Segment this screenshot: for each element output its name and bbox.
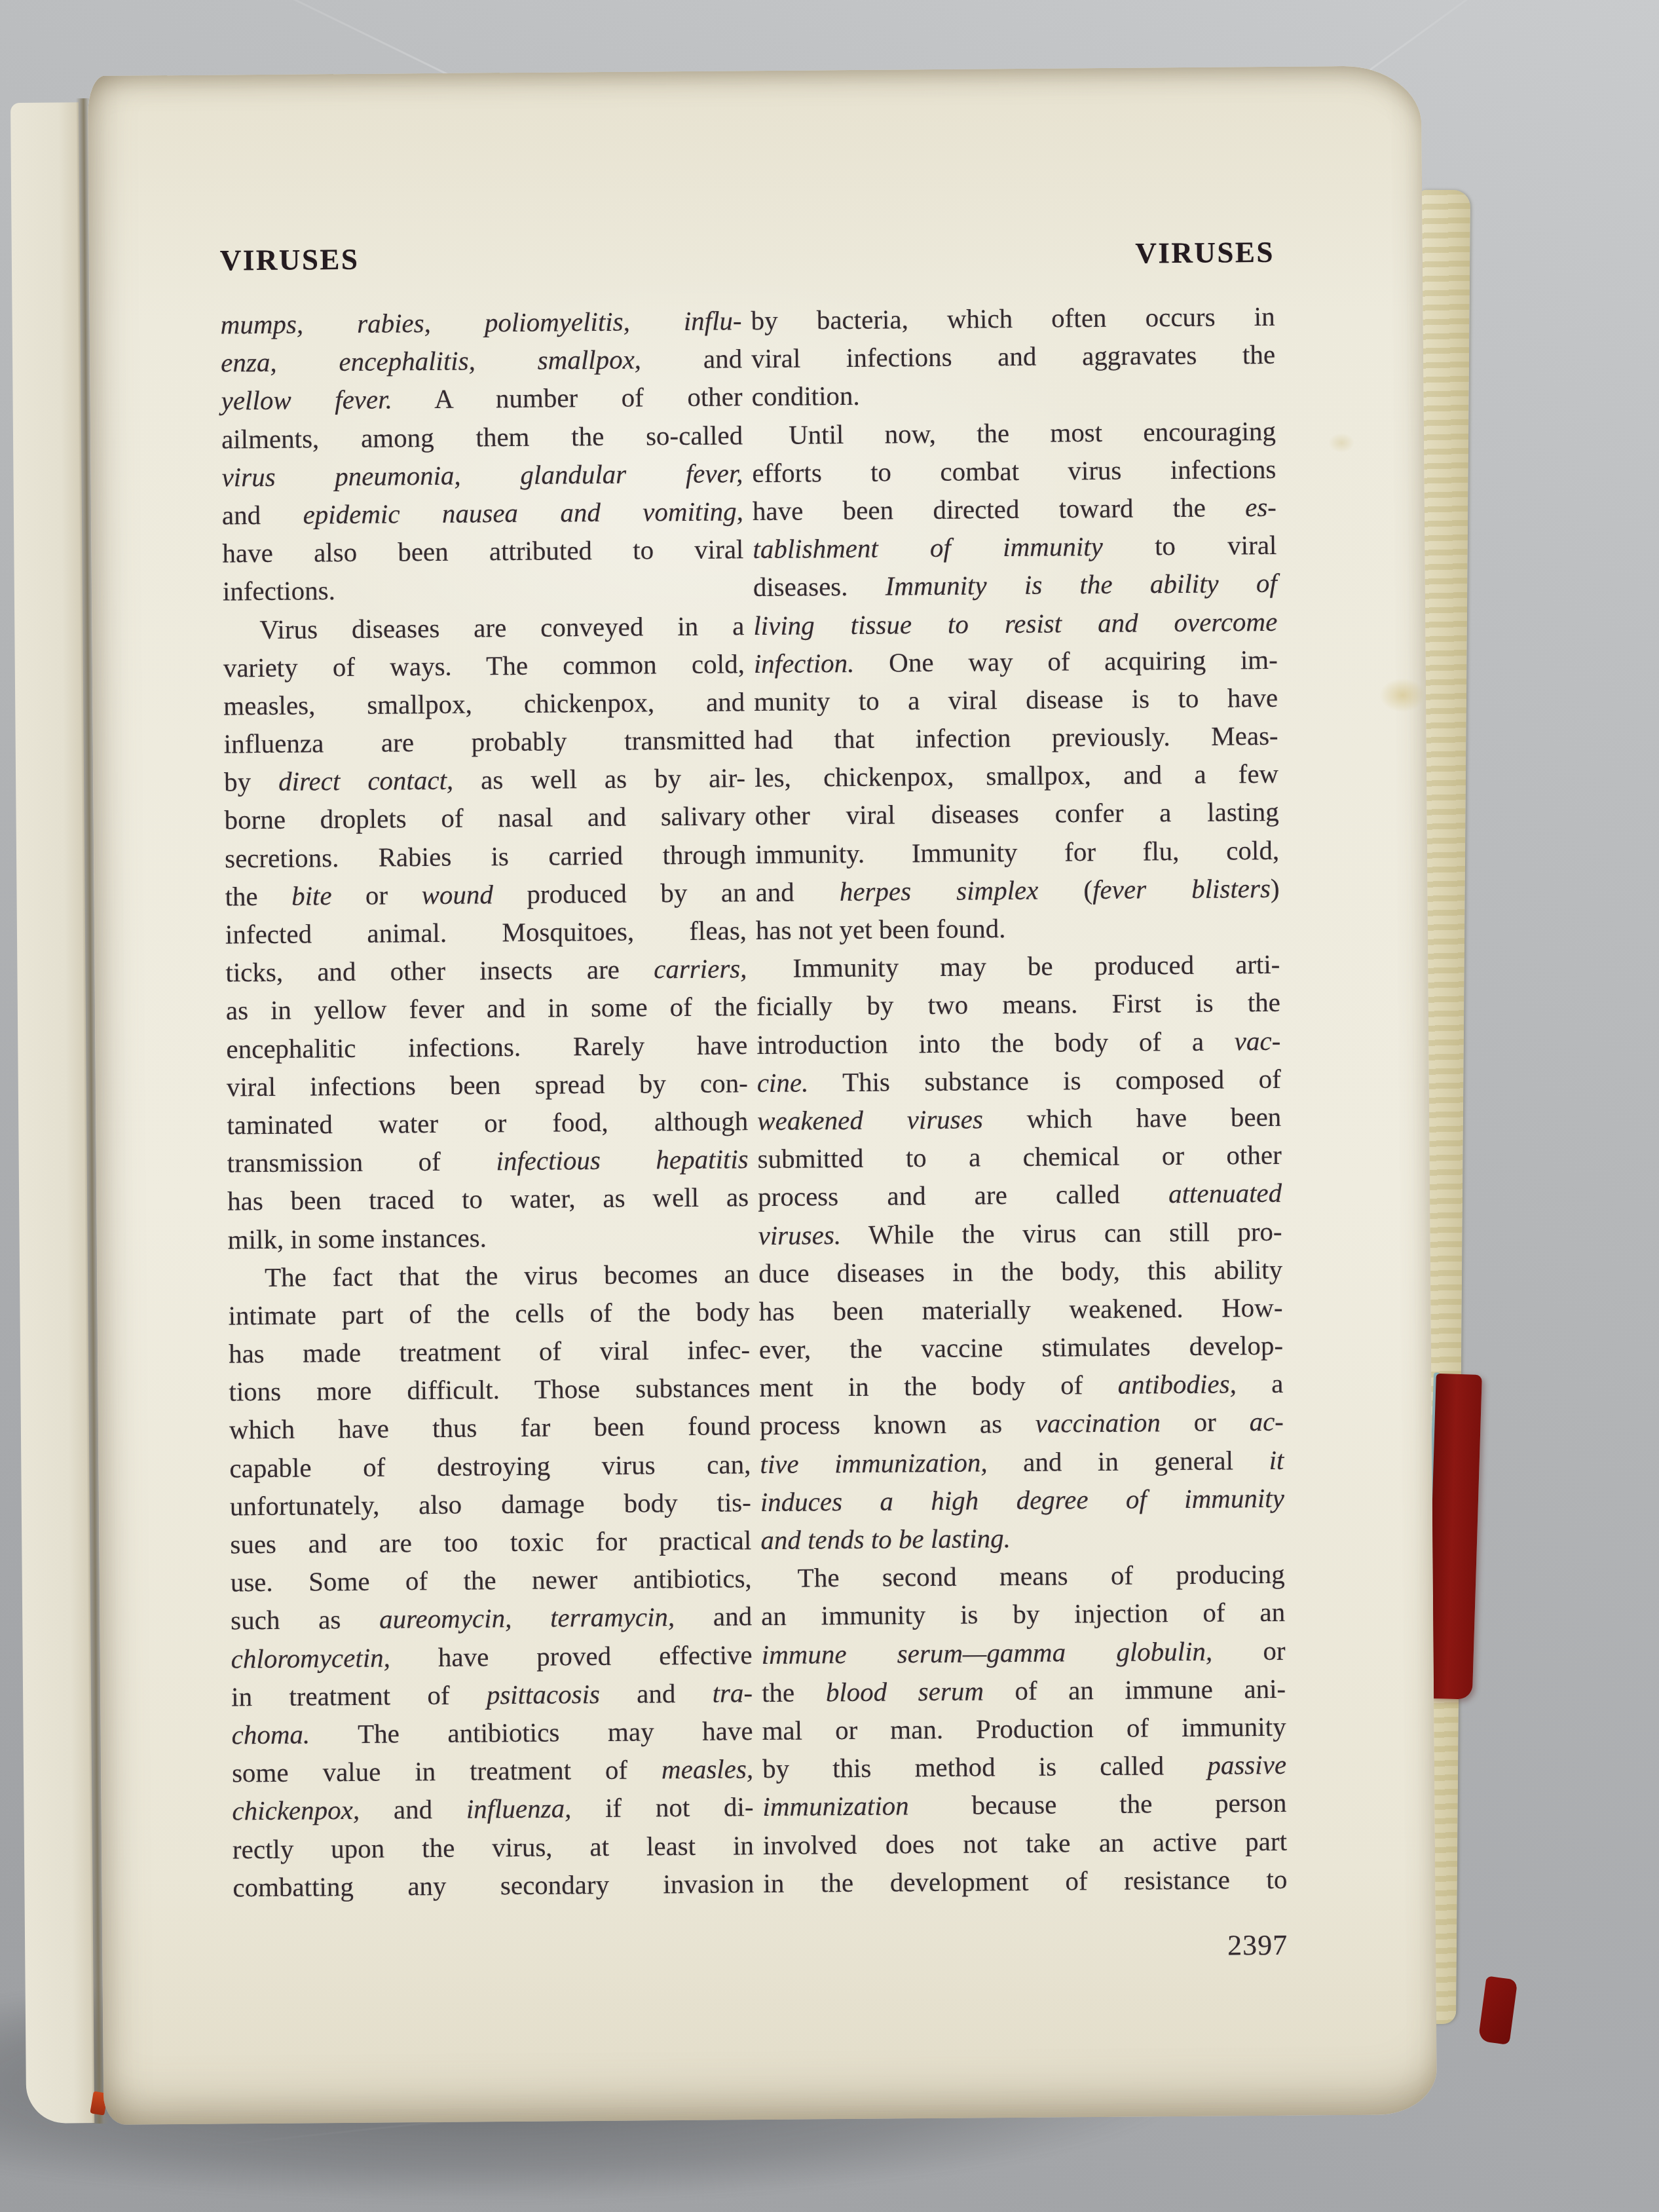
- roman-text: rectly upon the virus, at least in: [233, 1830, 754, 1864]
- roman-text: viral infections and aggravates the: [751, 339, 1275, 373]
- text-line: infections.: [223, 569, 744, 610]
- page-number: 2397: [764, 1928, 1288, 1966]
- italic-text: choma.: [231, 1719, 310, 1750]
- roman-text: has been traced to water, as well as: [227, 1182, 749, 1216]
- roman-text: which have been: [983, 1102, 1282, 1134]
- roman-text: as well as by air-: [453, 762, 745, 795]
- italic-text: measles,: [662, 1753, 753, 1784]
- roman-text: tions more difficult. Those substances: [229, 1372, 750, 1406]
- roman-text: some value in treatment of: [232, 1754, 662, 1788]
- text-column-left: VIRUSES mumps, rabies, poliomyelitis, in…: [220, 240, 755, 1906]
- text-line: which have thus far been found: [229, 1407, 751, 1449]
- text-line: and epidemic nausea and vomiting,: [222, 492, 743, 534]
- text-line: weakened viruses which have been: [757, 1098, 1281, 1140]
- roman-text: Virus diseases are conveyed in a: [259, 610, 744, 645]
- text-line: Until now, the most encouraging: [752, 411, 1276, 453]
- roman-text: of an immune ani-: [984, 1674, 1286, 1706]
- text-line: viral infections and aggravates the: [751, 335, 1275, 377]
- italic-text: vac-: [1235, 1025, 1281, 1056]
- roman-text: Immunity may be produced arti-: [792, 949, 1280, 983]
- text-line: measles, smallpox, chickenpox, and: [223, 683, 745, 724]
- roman-text: combatting any secondary invasion: [233, 1868, 754, 1902]
- text-line: has not yet been found.: [756, 907, 1280, 949]
- roman-text: variety of ways. The common cold,: [223, 648, 745, 683]
- roman-text: ficially by two means. First is the: [756, 987, 1280, 1021]
- text-line: tablishment of immunity to viral: [753, 526, 1277, 568]
- roman-text: process and are called: [758, 1178, 1168, 1212]
- italic-text: attenuated: [1168, 1178, 1282, 1209]
- text-line: have also been attributed to viral: [222, 530, 743, 572]
- roman-text: munity to a viral disease is to have: [754, 683, 1278, 717]
- text-line: encephalitic infections. Rarely have: [226, 1026, 747, 1068]
- roman-text: an immunity is by injection of an: [761, 1597, 1285, 1631]
- roman-text: and: [675, 1602, 752, 1632]
- text-line: enza, encephalitis, smallpox, and: [221, 339, 742, 381]
- roman-text: taminated water or food, although: [227, 1106, 748, 1140]
- italic-text: herpes simplex: [840, 875, 1039, 907]
- roman-text: in treatment of: [231, 1679, 487, 1712]
- text-line: infected animal. Mosquitoes, fleas,: [225, 911, 747, 953]
- italic-text: fever blisters: [1092, 873, 1271, 905]
- roman-text: as in yellow fever and in some of the: [226, 992, 747, 1026]
- text-line: viruses. While the virus can still pro-: [758, 1212, 1282, 1254]
- roman-text: and in general: [987, 1445, 1269, 1477]
- italic-text: and tends to be lasting.: [760, 1523, 1011, 1555]
- roman-text: such as: [231, 1604, 379, 1636]
- text-line: in treatment of psittacosis and tra-: [231, 1674, 753, 1715]
- roman-text: use. Some of the newer antibiotics,: [231, 1563, 752, 1597]
- italic-text: chloromycetin,: [231, 1642, 391, 1674]
- roman-text: The antibiotics may have: [310, 1715, 753, 1749]
- text-line: and tends to be lasting.: [760, 1517, 1284, 1559]
- text-line: transmission of infectious hepatitis: [227, 1140, 749, 1182]
- roman-text: by: [224, 766, 278, 797]
- text-line: yellow fever. A number of other: [221, 378, 742, 420]
- italic-text: immune serum—gamma globulin,: [761, 1636, 1212, 1669]
- text-line: other viral diseases confer a lasting: [755, 793, 1278, 834]
- roman-text: ever, the vaccine stimulates develop-: [759, 1330, 1283, 1364]
- text-line: capable of destroying virus can,: [229, 1445, 751, 1487]
- text-line: milk, in some instances.: [227, 1216, 749, 1258]
- text-line: introduction into the body of a vac-: [756, 1021, 1280, 1063]
- text-line: has made treatment of viral infec-: [229, 1330, 750, 1372]
- text-column-right: VIRUSES by bacteria, which often occurs …: [751, 236, 1288, 1966]
- running-head-right: VIRUSES: [751, 236, 1275, 272]
- text-line: process and are called attenuated: [758, 1174, 1282, 1216]
- roman-text: The fact that the virus becomes an: [265, 1258, 749, 1292]
- text-line: rectly upon the virus, at least in: [233, 1826, 754, 1868]
- italic-text: Immunity is the ability of: [885, 568, 1277, 601]
- italic-text: tablishment of immunity: [753, 531, 1103, 564]
- roman-text: the: [762, 1677, 826, 1708]
- italic-text: immunization: [762, 1791, 909, 1822]
- lines-left: mumps, rabies, poliomyelitis, influ-enza…: [220, 301, 754, 1906]
- roman-text: viral infections been spread by con-: [227, 1068, 748, 1102]
- roman-text: and: [755, 876, 840, 907]
- text-line: ficially by two means. First is the: [756, 983, 1280, 1025]
- roman-text: Until now, the most encouraging: [789, 415, 1276, 449]
- text-line: taminated water or food, although: [227, 1102, 748, 1144]
- roman-text: measles, smallpox, chickenpox, and: [223, 686, 745, 721]
- roman-text: ment in the body of: [759, 1370, 1118, 1402]
- text-line: The second means of producing: [761, 1555, 1285, 1597]
- text-line: ever, the vaccine stimulates develop-: [759, 1326, 1283, 1368]
- roman-text: condition.: [751, 381, 859, 411]
- roman-text: duce diseases in the body, this ability: [758, 1254, 1282, 1288]
- open-book: VIRUSES mumps, rabies, poliomyelitis, in…: [10, 65, 1520, 2133]
- text-line: use. Some of the newer antibiotics,: [231, 1559, 752, 1601]
- roman-text: process known as: [760, 1408, 1035, 1440]
- text-line: variety of ways. The common cold,: [223, 645, 745, 686]
- roman-text: A number of other: [392, 382, 743, 415]
- roman-text: One way of acquiring im-: [854, 645, 1278, 678]
- text-line: tive immunization, and in general it: [760, 1440, 1284, 1482]
- roman-text: borne droplets of nasal and salivary: [224, 801, 745, 835]
- italic-text: it: [1269, 1444, 1284, 1474]
- roman-text: immunity. Immunity for flu, cold,: [755, 834, 1279, 869]
- text-line: choma. The antibiotics may have: [231, 1712, 753, 1753]
- roman-text: submitted to a chemical or other: [758, 1140, 1282, 1174]
- text-line: by bacteria, which often occurs in: [751, 297, 1275, 339]
- text-line: involved does not take an active part: [763, 1822, 1287, 1864]
- roman-text: and: [222, 499, 303, 530]
- text-line: influenza are probably transmitted: [223, 721, 745, 762]
- text-line: mal or man. Production of immunity: [762, 1708, 1286, 1750]
- text-line: tions more difficult. Those substances: [229, 1368, 750, 1410]
- roman-text: have also been attributed to viral: [222, 534, 743, 568]
- text-line: living tissue to resist and overcome: [753, 602, 1277, 644]
- roman-text: if not di-: [571, 1791, 753, 1823]
- italic-text: aureomycin, terramycin,: [379, 1602, 675, 1634]
- roman-text: had that infection previously. Meas-: [755, 721, 1278, 755]
- text-line: submitted to a chemical or other: [757, 1136, 1281, 1178]
- text-line: immunity. Immunity for flu, cold,: [755, 831, 1279, 872]
- cover-red-edge: [1426, 1374, 1482, 1700]
- roman-text: The second means of producing: [798, 1559, 1285, 1593]
- text-line: and herpes simplex (fever blisters): [755, 869, 1279, 911]
- text-line: les, chickenpox, smallpox, and a few: [755, 755, 1278, 797]
- text-line: have been directed toward the es-: [753, 488, 1277, 530]
- italic-text: living tissue to resist and overcome: [753, 606, 1277, 640]
- italic-text: blood serum: [826, 1676, 984, 1707]
- roman-text: have proved effective: [390, 1640, 753, 1672]
- roman-text: influenza are probably transmitted: [224, 724, 745, 759]
- italic-text: virus pneumonia, glandular fever,: [221, 458, 743, 492]
- roman-text: or: [1161, 1407, 1250, 1438]
- roman-text: This substance is composed of: [808, 1064, 1281, 1098]
- roman-text: ticks, and other insects are: [225, 954, 654, 988]
- italic-text: direct contact,: [278, 765, 453, 797]
- roman-text: has not yet been found.: [756, 913, 1006, 945]
- page-stain: [1328, 433, 1354, 453]
- italic-text: passive: [1207, 1750, 1286, 1780]
- text-line: in the development of resistance to: [763, 1860, 1287, 1902]
- italic-text: mumps, rabies, poliomyelitis, influ-: [221, 305, 742, 339]
- italic-text: tive immunization,: [760, 1447, 988, 1479]
- italic-text: ac-: [1249, 1406, 1284, 1436]
- text-line: mumps, rabies, poliomyelitis, influ-: [220, 301, 741, 343]
- roman-text: secretions. Rabies is carried through: [225, 839, 746, 873]
- italic-text: induces a high degree of immunity: [760, 1483, 1284, 1517]
- roman-text: infections.: [223, 575, 335, 606]
- text-line: condition.: [751, 373, 1275, 415]
- italic-text: infectious hepatitis: [496, 1144, 749, 1176]
- italic-text: vaccination: [1035, 1408, 1161, 1439]
- roman-text: ailments, among them the so-called: [221, 420, 743, 454]
- roman-text: the: [225, 880, 291, 911]
- text-line: as in yellow fever and in some of the: [226, 988, 747, 1030]
- text-line: Virus diseases are conveyed in a: [223, 607, 744, 648]
- text-line: process known as vaccination or ac-: [760, 1402, 1284, 1444]
- running-head-left: VIRUSES: [220, 240, 741, 276]
- roman-text: in the development of resistance to: [763, 1864, 1287, 1898]
- photo-scene: VIRUSES mumps, rabies, poliomyelitis, in…: [0, 0, 1659, 2212]
- roman-text: While the virus can still pro-: [841, 1216, 1282, 1249]
- roman-text: has made treatment of viral infec-: [229, 1334, 750, 1368]
- italic-text: es-: [1245, 492, 1277, 522]
- roman-text: and: [600, 1678, 713, 1708]
- roman-text: and: [641, 343, 742, 374]
- italic-text: weakened viruses: [757, 1104, 983, 1136]
- text-line: borne droplets of nasal and salivary: [224, 797, 745, 839]
- roman-text: which have thus far been found: [229, 1411, 751, 1445]
- text-line: virus pneumonia, glandular fever,: [221, 454, 743, 496]
- text-line: chloromycetin, have proved effective: [231, 1636, 752, 1678]
- text-line: secretions. Rabies is carried through: [225, 835, 746, 877]
- text-line: ailments, among them the so-called: [221, 416, 743, 458]
- text-line: duce diseases in the body, this ability: [758, 1250, 1282, 1292]
- text-line: sues and are too toxic for practical: [230, 1521, 751, 1563]
- roman-text: involved does not take an active part: [763, 1826, 1287, 1860]
- italic-text: infection.: [754, 648, 855, 679]
- roman-text: capable of destroying virus can,: [229, 1449, 751, 1483]
- roman-text: by bacteria, which often occurs in: [751, 301, 1275, 335]
- italic-text: chickenpox,: [232, 1795, 360, 1826]
- text-line: combatting any secondary invasion: [233, 1864, 754, 1906]
- roman-text: has been materially weakened. How-: [758, 1292, 1282, 1326]
- text-line: Immunity may be produced arti-: [756, 945, 1280, 987]
- text-line: viral infections been spread by con-: [227, 1064, 748, 1106]
- text-line: has been materially weakened. How-: [758, 1288, 1282, 1330]
- text-line: intimate part of the cells of the body: [228, 1292, 749, 1334]
- roman-text: other viral diseases confer a lasting: [755, 797, 1278, 831]
- roman-text: unfortunately, also damage body tis-: [230, 1487, 751, 1521]
- italic-text: tra-: [712, 1678, 753, 1708]
- text-line: efforts to combat virus infections: [752, 450, 1276, 492]
- roman-text: a: [1237, 1368, 1284, 1399]
- italic-text: enza, encephalitis, smallpox,: [221, 345, 641, 378]
- text-line: induces a high degree of immunity: [760, 1479, 1284, 1521]
- text-line: had that infection previously. Meas-: [754, 717, 1278, 759]
- italic-text: carriers,: [654, 953, 747, 984]
- roman-text: efforts to combat virus infections: [752, 454, 1276, 488]
- italic-text: bite: [291, 880, 332, 910]
- italic-text: wound: [421, 879, 493, 910]
- text-line: infection. One way of acquiring im-: [754, 641, 1278, 683]
- text-line: chickenpox, and influenza, if not di-: [232, 1788, 753, 1829]
- text-line: the blood serum of an immune ani-: [762, 1670, 1286, 1712]
- roman-text: or: [1212, 1635, 1286, 1666]
- text-line: the bite or wound produced by an: [225, 873, 746, 915]
- roman-text: have been directed toward the: [753, 492, 1246, 526]
- roman-text: (: [1038, 874, 1092, 905]
- text-line: by this method is called passive: [762, 1746, 1286, 1788]
- cover-red-corner: [1478, 1976, 1518, 2045]
- roman-text: and: [360, 1794, 466, 1825]
- text-line: immune serum—gamma globulin, or: [761, 1631, 1285, 1673]
- text-line: diseases. Immunity is the ability of: [753, 564, 1277, 606]
- page-stain: [1379, 678, 1425, 713]
- roman-text: intimate part of the cells of the body: [228, 1296, 749, 1330]
- text-line: some value in treatment of measles,: [232, 1750, 753, 1791]
- roman-text: mal or man. Production of immunity: [762, 1712, 1286, 1746]
- roman-text: by this method is called: [762, 1750, 1208, 1784]
- text-line: by direct contact, as well as by air-: [224, 759, 745, 800]
- text-line: ment in the body of antibodies, a: [759, 1364, 1283, 1406]
- text-line: unfortunately, also damage body tis-: [230, 1483, 751, 1525]
- lines-right: by bacteria, which often occurs inviral …: [751, 297, 1287, 1902]
- italic-text: cine.: [757, 1067, 809, 1098]
- roman-text: les, chickenpox, smallpox, and a few: [755, 759, 1278, 793]
- text-line: immunization because the person: [762, 1784, 1286, 1826]
- italic-text: influenza,: [466, 1793, 572, 1824]
- text-line: such as aureomycin, terramycin, and: [231, 1598, 752, 1640]
- roman-text: ): [1271, 873, 1280, 903]
- roman-text: diseases.: [753, 571, 885, 603]
- text-line: cine. This substance is composed of: [757, 1060, 1281, 1102]
- italic-text: antibodies,: [1118, 1369, 1237, 1400]
- roman-text: infected animal. Mosquitoes, fleas,: [225, 915, 747, 949]
- text-line: an immunity is by injection of an: [761, 1593, 1285, 1635]
- roman-text: or: [331, 880, 421, 910]
- roman-text: to viral: [1103, 530, 1277, 561]
- roman-text: milk, in some instances.: [227, 1222, 487, 1254]
- italic-text: psittacosis: [487, 1679, 600, 1710]
- text-line: munity to a viral disease is to have: [754, 679, 1278, 721]
- roman-text: sues and are too toxic for practical: [230, 1525, 751, 1559]
- roman-text: encephalitic infections. Rarely have: [226, 1030, 747, 1064]
- italic-text: yellow fever.: [221, 384, 392, 416]
- roman-text: introduction into the body of a: [756, 1026, 1235, 1060]
- text-line: ticks, and other insects are carriers,: [225, 949, 747, 991]
- text-line: has been traced to water, as well as: [227, 1178, 749, 1220]
- roman-text: transmission of: [227, 1146, 496, 1178]
- italic-text: viruses.: [758, 1220, 841, 1250]
- text-line: The fact that the virus becomes an: [228, 1254, 749, 1296]
- italic-text: epidemic nausea and vomiting,: [303, 496, 743, 529]
- roman-text: produced by an: [493, 877, 747, 909]
- roman-text: because the person: [909, 1788, 1287, 1821]
